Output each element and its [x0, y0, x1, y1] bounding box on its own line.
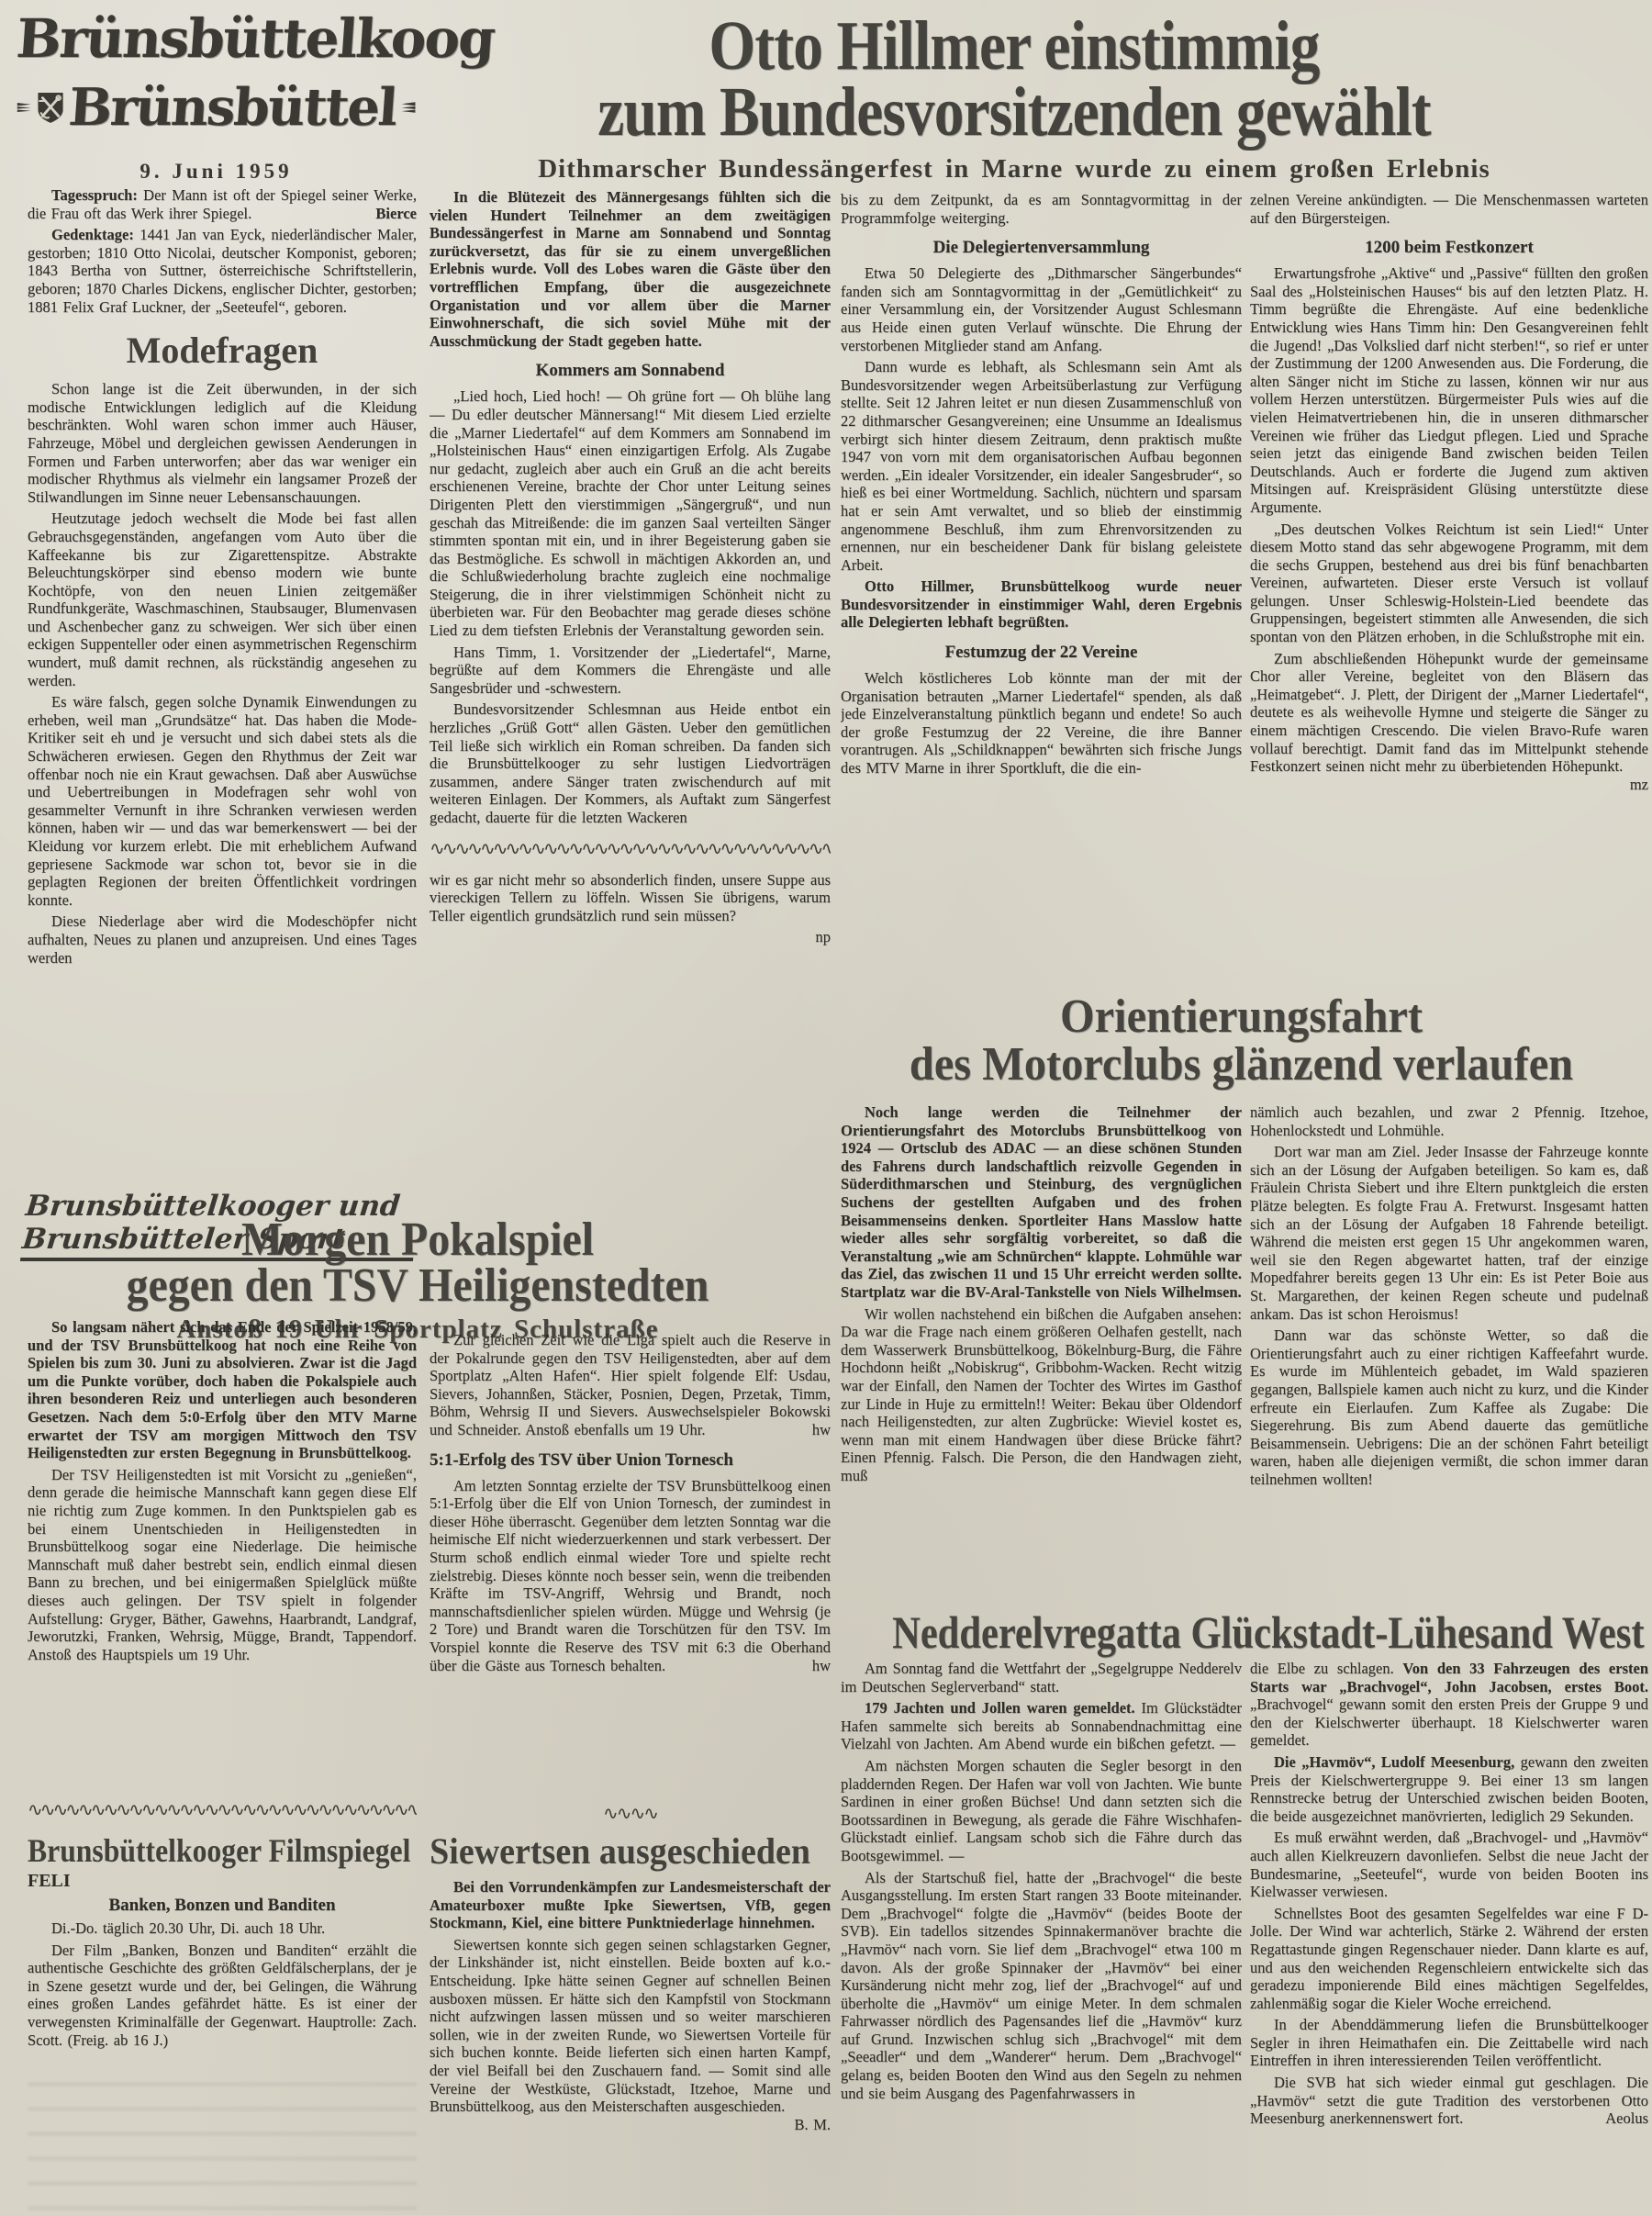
orientation-headline-line1: Orientierungsfahrt: [859, 993, 1623, 1041]
gedenktage-label: Gedenktage:: [51, 226, 134, 243]
paragraph: Siewertsen konnte sich gegen seinen schl…: [430, 1936, 831, 2116]
paragraph: Erwartungsfrohe „Aktive“ und „Passive“ f…: [1250, 264, 1648, 516]
delegates-heading: Die Delegiertenversammlung: [841, 238, 1242, 258]
sport-column-middle: Zur gleichen Zeit wie die Liga spielt au…: [430, 1331, 831, 1678]
regatta-start-prefix: die Elbe zu schlagen.: [1250, 1660, 1402, 1677]
paragraph: Wir wollen nachstehend ein bißchen die A…: [841, 1305, 1242, 1485]
masthead: Brünsbüttelkoog Brünsbüttel 9. Juni 1959: [17, 11, 416, 184]
film-description: Der Film „Banken, Bonzen und Banditen“ e…: [28, 1941, 417, 2050]
masthead-row2: Brünsbüttel: [17, 68, 416, 147]
paragraph: Welch köstlicheres Lob könnte man der mi…: [841, 669, 1242, 777]
wave-divider-ornament: [28, 1801, 417, 1819]
paragraph: „Des deutschen Volkes Reichtum ist sein …: [1250, 520, 1648, 646]
paragraph: die Elbe zu schlagen. Von den 33 Fahrzeu…: [1250, 1660, 1648, 1750]
festival-lead: In die Blütezeit des Männergesangs fühlt…: [430, 188, 831, 350]
tagesspruch: Tagesspruch: Der Mann ist oft der Spiege…: [28, 186, 417, 222]
concert-heading: 1200 beim Festkonzert: [1250, 238, 1648, 258]
paragraph: nämlich auch bezahlen, und zwar 2 Pfenni…: [1250, 1103, 1648, 1139]
newspaper-page: Brünsbüttelkoog Brünsbüttel 9. Juni 1959: [0, 0, 1652, 2215]
paragraph: Der TSV Heiligenstedten ist mit Vorsicht…: [28, 1466, 417, 1664]
regatta-p10: Die SVB hat sich wieder einmal gut gesch…: [1250, 2074, 1648, 2127]
concert-signature: mz: [1619, 776, 1648, 794]
cinema-name: FELI: [28, 1871, 417, 1892]
paragraph: Bundesvorsitzender Schlesmnan aus Heide …: [430, 700, 831, 826]
gedenktage: Gedenktage: 1441 Jan van Eyck, niederlän…: [28, 226, 417, 316]
reserve-signature: hw: [801, 1421, 831, 1439]
reserve-paragraph: Zur gleichen Zeit wie die Liga spielt au…: [430, 1331, 831, 1438]
regatta-start-rest: „Brachvogel“ gewann somit den ersten Pre…: [1250, 1695, 1648, 1749]
paragraph: zelnen Vereine ankündigten. — Die Mensch…: [1250, 191, 1648, 227]
paragraph: Als der Startschuß fiel, hatte der „Brac…: [841, 1869, 1242, 2103]
paragraph: Zur gleichen Zeit wie die Liga spielt au…: [430, 1331, 831, 1439]
modefragen-title: Modefragen: [28, 330, 417, 371]
issue-date: 9. Juni 1959: [17, 160, 416, 184]
paragraph: Am nächsten Morgen schauten die Segler b…: [841, 1757, 1242, 1865]
headline-line2: zum Bundesvorsitzenden gewählt: [482, 79, 1547, 145]
regatta-entries-bold: 179 Jachten und Jollen waren gemeldet.: [865, 1699, 1135, 1717]
paragraph: bis zu dem Zeitpunkt, da es am Sonntagvo…: [841, 191, 1242, 227]
regatta-signature: Aeolus: [1594, 2109, 1648, 2128]
column-two: In die Blütezeit des Männergesangs fühlt…: [430, 188, 831, 950]
paragraph: Die „Havmöv“, Ludolf Meesenburg, gewann …: [1250, 1753, 1648, 1825]
regatta-column-left: Am Sonntag fand die Wettfahrt der „Segel…: [841, 1660, 1242, 2106]
masthead-title-line1: Brünsbüttelkoog: [15, 11, 418, 66]
pokal-lead: So langsam nähert sich das Ende der Spie…: [28, 1318, 417, 1462]
paragraph: Zum abschließenden Höhepunkt wurde der g…: [1250, 650, 1648, 776]
anchor-shield-icon: [36, 68, 65, 147]
tagesspruch-label: Tagesspruch:: [51, 186, 138, 204]
orientation-headline-line2: des Motorclubs glänzend verlaufen: [859, 1041, 1623, 1089]
paragraph: Am letzten Sonntag erzielte der TSV Brun…: [430, 1477, 831, 1675]
paragraph: Es muß erwähnt werden, daß „Brachvogel- …: [1250, 1829, 1648, 1900]
siewertsen-headline: Siewertsen ausgeschieden: [430, 1832, 810, 1871]
regatta-headline-text: Nedderelvregatta Glückstadt-Lühesand Wes…: [892, 1608, 1591, 1656]
regatta-headline: Nedderelvregatta Glückstadt-Lühesand Wes…: [831, 1608, 1652, 1656]
column-four: zelnen Vereine ankündigten. — Die Mensch…: [1250, 191, 1648, 793]
paragraph: Schnellstes Boot des gesamten Segelfelde…: [1250, 1905, 1648, 2013]
column-three: bis zu dem Zeitpunkt, da es am Sonntagvo…: [841, 191, 1242, 781]
regatta-havmoev-bold: Die „Havmöv“, Ludolf Meesenburg,: [1274, 1753, 1514, 1771]
wave-divider-ornament: [430, 840, 831, 858]
paragraph: Die SVB hat sich wieder einmal gut gesch…: [1250, 2074, 1648, 2128]
filler-signature: np: [430, 928, 831, 946]
paragraph: Hans Timm, 1. Vorsitzender der „Liederta…: [430, 643, 831, 698]
siewertsen-paragraph: Siewertsen konnte sich gegen seinen schl…: [430, 1936, 831, 2115]
tagesspruch-author: Bierce: [364, 205, 417, 223]
paragraph: Am Sonntag fand die Wettfahrt der „Segel…: [841, 1660, 1242, 1695]
paragraph: „Lied hoch, Lied hoch! — Oh grüne fort —…: [430, 387, 831, 639]
pokal-headline-line2: gegen den TSV Heiligenstedten: [38, 1263, 798, 1309]
tornesch-paragraph: Am letzten Sonntag erzielte der TSV Brun…: [430, 1477, 831, 1674]
paragraph: Dann war das schönste Wetter, so daß die…: [1250, 1326, 1648, 1488]
orientation-lead: Noch lange werden die Teilnehmer der Ori…: [841, 1103, 1242, 1302]
film-title-heading: Banken, Bonzen und Banditen: [28, 1896, 417, 1916]
siewertsen-block: Siewertsen ausgeschieden Bei den Vorrund…: [430, 1801, 831, 2133]
paragraph: Diese Niederlage aber wird die Modeschöp…: [28, 912, 417, 967]
paragraph: Dann wurde es lebhaft, als Schlesmann se…: [841, 358, 1242, 574]
lead-article-headline: Otto Hillmer einstimmig zum Bundesvorsit…: [395, 13, 1634, 184]
masthead-title-line2: Brünsbüttel: [67, 80, 398, 135]
tornesch-heading: 5:1-Erfolg des TSV über Union Tornesch: [430, 1450, 831, 1471]
bleed-through-ghost-text: [28, 2075, 417, 2212]
paragraph: 179 Jachten und Jollen waren gemeldet. I…: [841, 1699, 1242, 1753]
regatta-column-right: die Elbe zu schlagen. Von den 33 Fahrzeu…: [1250, 1660, 1648, 2131]
orientation-column-right: nämlich auch bezahlen, und zwar 2 Pfenni…: [1250, 1103, 1648, 1492]
orientation-headline: Orientierungsfahrt des Motorclubs glänze…: [831, 993, 1652, 1089]
film-times: Di.-Do. täglich 20.30 Uhr, Di. auch 18 U…: [28, 1919, 417, 1938]
tornesch-signature: hw: [801, 1657, 831, 1675]
paragraph: Dort war man am Ziel. Jeder Insasse der …: [1250, 1143, 1648, 1323]
headline-line1: Otto Hillmer einstimmig: [482, 13, 1547, 79]
kommers-heading: Kommers am Sonnabend: [430, 361, 831, 381]
wave-divider-small-ornament: [430, 1805, 831, 1823]
paragraph: Es wäre falsch, gegen solche Dynamik Ein…: [28, 693, 417, 909]
column-one: Tagesspruch: Der Mann ist oft der Spiege…: [28, 186, 417, 970]
election-note: Otto Hillmer, Brunsbüttelkoog wurde neue…: [841, 577, 1242, 632]
siewertsen-signature: B. M.: [783, 2116, 831, 2134]
paragraph: In der Abenddämmerung liefen die Brunsbü…: [1250, 2016, 1648, 2070]
speedlines-left-icon: [17, 89, 32, 126]
pokal-headline-line1: Morgen Pokalspiel: [38, 1217, 798, 1263]
film-block: Brunsbüttelkooger Filmspiegel FELI Banke…: [28, 1788, 417, 2212]
film-section-title: Brunsbüttelkooger Filmspiegel: [28, 1832, 370, 1869]
paragraph: Schon lange ist die Zeit überwunden, in …: [28, 380, 417, 506]
filler-paragraph: wir es gar nicht mehr so absonderlich fi…: [430, 871, 831, 925]
orientation-column-left: Noch lange werden die Teilnehmer der Ori…: [841, 1103, 1242, 1488]
paragraph: Etwa 50 Delegierte des „Dithmarscher Sän…: [841, 264, 1242, 354]
sport-column-left: So langsam nähert sich das Ende der Spie…: [28, 1318, 417, 1667]
concert-p3: Zum abschließenden Höhepunkt wurde der g…: [1250, 650, 1648, 776]
paragraph: Heutzutage jedoch wechselt die Mode bei …: [28, 509, 417, 689]
parade-heading: Festumzug der 22 Vereine: [841, 643, 1242, 663]
headline-subhead: Dithmarscher Bundessängerfest in Marne w…: [395, 154, 1634, 184]
siewertsen-lead: Bei den Vorrundenkämpfen zur Landesmeist…: [430, 1878, 831, 1932]
